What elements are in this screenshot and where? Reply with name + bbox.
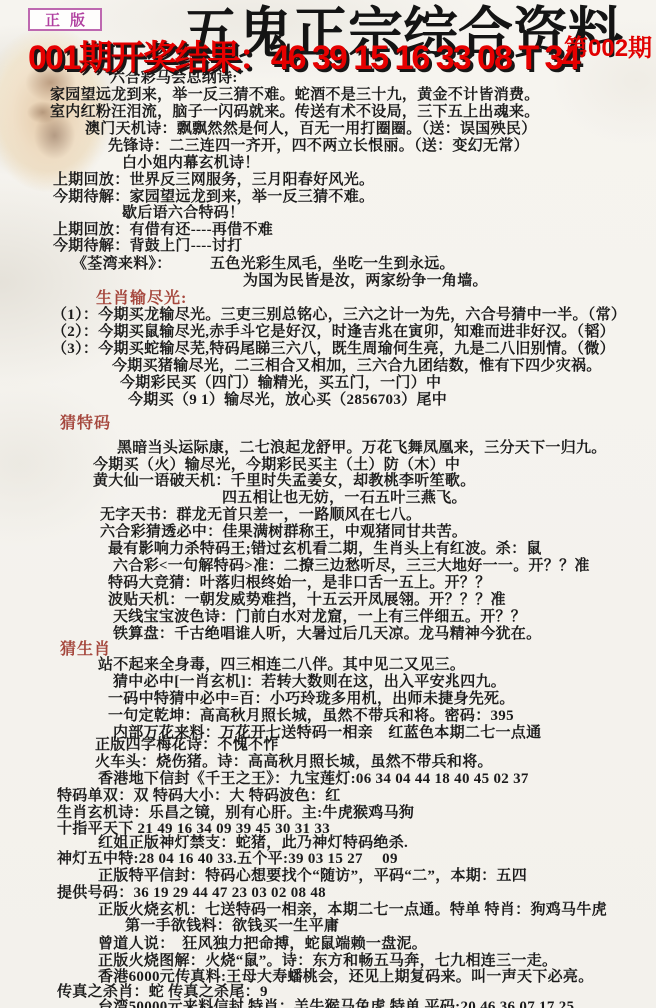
text-line: 六合彩猜透必中：佳果满树群称王，中观猪同甘共苦。	[100, 524, 467, 541]
text-line: 白小姐内幕玄机诗！	[122, 155, 260, 172]
text-line: 正版四字梅花诗：不愧不怍	[95, 737, 279, 754]
text-line: 歇后语六合特码！	[122, 205, 244, 222]
text-line: 黄大仙一语破天机：千里时失孟姜女，却教桃李听笙歌。	[93, 473, 476, 490]
section-header: 猜特码	[60, 415, 111, 432]
section-header: 生肖输尽光:	[96, 290, 187, 307]
previous-draw-result-banner: 001期开奖结果：46 39 15 16 33 08 T 34	[28, 30, 578, 79]
text-line: 波贴天机：一朝发威势难挡，十五云开凤展翎。开？？？准	[108, 592, 506, 609]
text-line: 提供号码：36 19 29 44 47 23 03 02 08 48	[57, 885, 326, 902]
text-line: 特码单双：双 特码大小：大 特码波色：红	[57, 788, 341, 805]
text-line: 红姐正版神灯禁支：蛇猪，此乃神灯特码绝杀.	[98, 835, 408, 852]
text-line: 正版火烧图解：火烧“鼠”。诗：东方和畅五马奔，七九相连三一走。	[98, 953, 557, 970]
text-line: 生肖玄机诗：乐昌之镜，别有心肝。主:牛虎猴鸡马狗	[57, 805, 414, 822]
text-line: 无字天书：群龙无首只差一，一路顺风在七八。	[100, 507, 421, 524]
text-line: 今期买（火）输尽光，今期彩民买主（土）防（木）中	[93, 457, 460, 474]
text-line: 《荃湾来料》： 五色光彩生凤毛，坐吃一生到永远。	[72, 256, 455, 273]
document-body: 六合彩马会总纲诗:家园望远龙到来，举一反三猜不难。蛇酒不是三十九，黄金不计皆消费…	[0, 0, 656, 1008]
text-line: 香港地下信封《千王之王》：九宝莲灯:06 34 04 44 18 40 45 0…	[98, 771, 529, 788]
text-line: 六合彩<一句解特码>准：二撩三边愁听尽，三三大地好一一。开？？准	[113, 558, 590, 575]
text-line: 上期回放：有借有还----再借不难	[53, 222, 273, 239]
text-line: 最有影响力杀特码王;错过玄机看二期，生肖头上有红波。杀：鼠	[108, 541, 542, 558]
text-line: 今期买（9 1）输尽光，放心买（2856703）尾中	[128, 392, 447, 409]
text-line: 今期待解：家园望远龙到来，举一反三猜不难。	[53, 189, 374, 206]
text-line: 上期回放：世界反三网服务，三月阳春好风光。	[53, 172, 374, 189]
text-line: 猜中必中[一肖玄机]：若转大数则在这，出入平安兆四九。	[113, 674, 506, 691]
text-line: 一句定乾坤：高高秋月照长城，虽然不带兵和将。密码：395	[108, 708, 514, 725]
text-line: 今期待解：背鼓上门----讨打	[53, 238, 242, 255]
text-line: 第一手欲钱料：欲钱买一生平庸	[125, 918, 339, 935]
text-line: 四五相让也无妨，一石五叶三燕飞。	[222, 490, 467, 507]
text-line: 一码中特猜中必中=百：小巧玲珑多用机，出师未捷身先死。	[108, 691, 515, 708]
text-line: （3）：今期买蛇输尽芜,特码尾睇三六八，既生周瑜何生亮，九是二八旧别情。（微）	[52, 341, 615, 358]
text-line: 正版特平信封：特码心想要找个“随访”，平码“二”，本期：五四	[98, 868, 527, 885]
text-line: 室内红粉汪泪流，脑子一闪码就来。传送有术不设局，三下五上出魂来。	[50, 104, 540, 121]
text-line: 正版火烧玄机：七送特码一相亲，本期二七一点通。特单 特肖：狗鸡马牛虎	[98, 902, 607, 919]
section-header: 猜生肖	[60, 641, 111, 658]
text-line: 家园望远龙到来，举一反三猜不难。蛇酒不是三十九，黄金不计皆消费。	[50, 87, 540, 104]
text-line: 澳门天机诗：飘飘然然是何人，百无一用打圈圈。（送：误国殃民）	[85, 121, 537, 138]
text-line: 台湾50000元来料信封 特肖：羊牛猴马兔虎 特单 平码:20 46 36 07…	[98, 999, 574, 1008]
text-line: 火车头：烧伤猪。诗：高高秋月照长城，虽然不带兵和将。	[95, 754, 493, 771]
text-line: 为国为民皆是汝，两家纷争一角墙。	[243, 273, 488, 290]
text-line: 今期买猪输尽光，二三相合又相加，三六合九团结数，惟有下四少灾祸。	[112, 358, 602, 375]
text-line: 神灯五中特:28 04 16 40 33.五个平:39 03 15 27 09	[57, 851, 398, 868]
text-line: 铁算盘：千古绝唱谁人听，大暑过后几天凉。龙马精神今犹在。	[113, 626, 541, 643]
lottery-tip-sheet: 正版 五鬼正宗综合资料 第002期 001期开奖结果：46 39 15 16 3…	[0, 0, 656, 1008]
text-line: 特码大竞猜：叶落归根终始一，是非口舌一五上。开？？	[108, 575, 491, 592]
text-line: 天线宝宝波色诗：门前白水对龙窟，一上有三伴细五。开？？	[113, 609, 526, 626]
text-line: 先锋诗：二三连四一齐开，四不两立长恨丽。（送：变幻无常）	[108, 138, 529, 155]
text-line: 今期彩民买（四门）输精光，买五门，一门）中	[120, 375, 441, 392]
text-line: 站不起来全身毒，四三相连二八伴。其中见二又见三。	[98, 657, 465, 674]
text-line: 曾道人说： 狂风独力把命搏，蛇鼠端赖一盘泥。	[98, 936, 427, 953]
text-line: （2）：今期买鼠输尽光,赤手斗它是好汉，时逢吉兆在寅卯，知难而进非好汉。（韬）	[52, 324, 615, 341]
text-line: （1）：今期买龙输尽光。三吏三别总铭心，三六之计一为先，六合号猜中一半。（常）	[52, 307, 626, 324]
text-line: 黑暗当头运际康，二七浪起龙舒甲。万花飞舞凤凰来，三分天下一归九。	[117, 440, 607, 457]
